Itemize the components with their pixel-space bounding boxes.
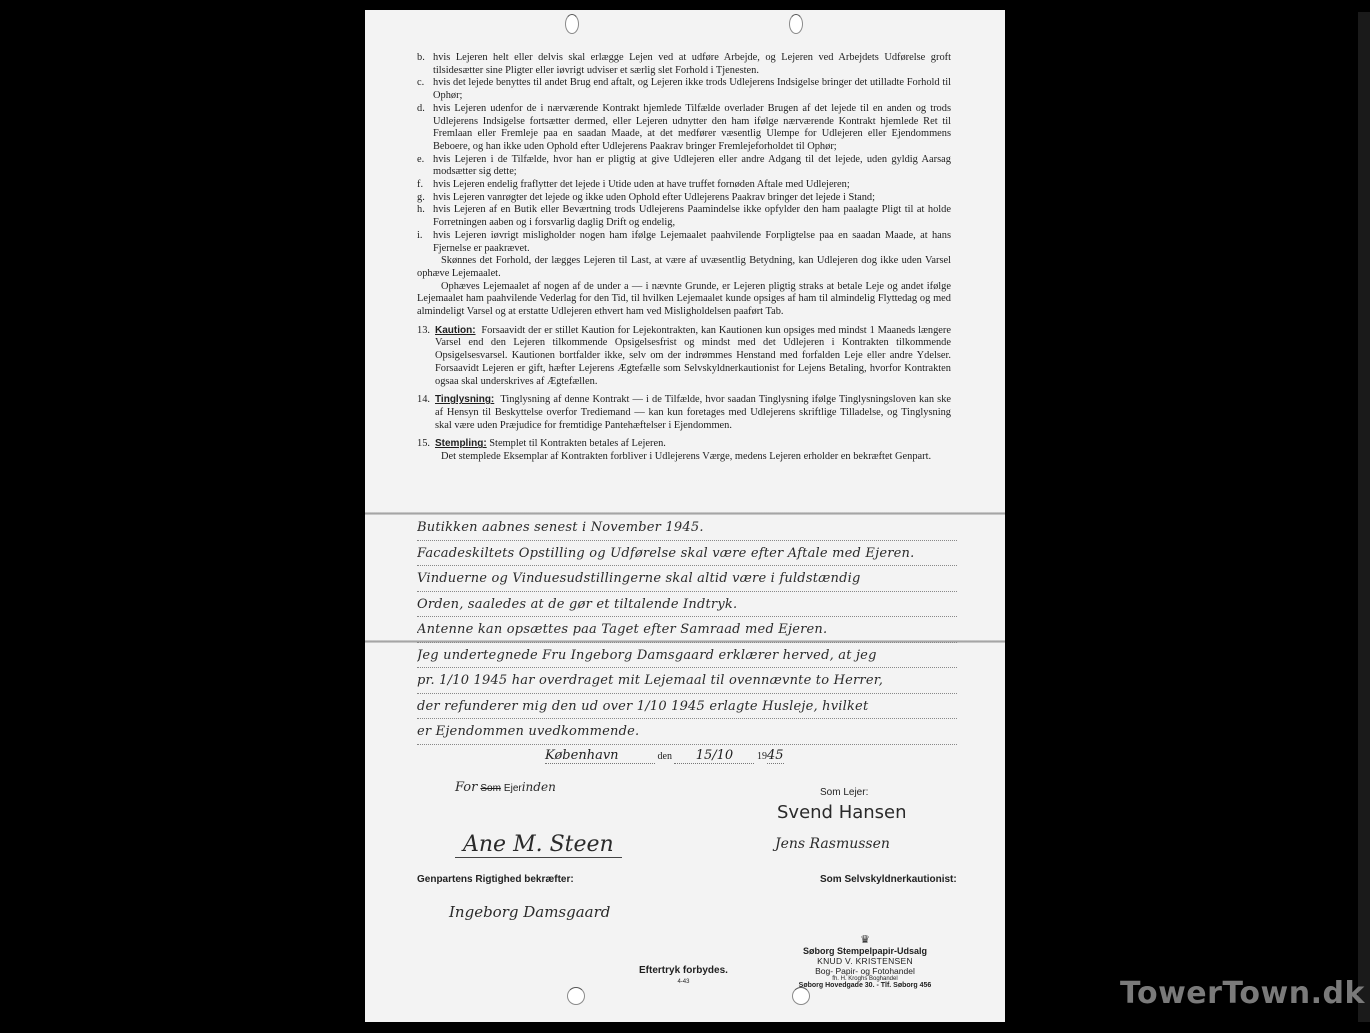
clause-g: g.hvis Lejeren vanrøgter det lejede og i… [417, 192, 951, 205]
handwritten-line: Vinduerne og Vinduesudstillingerne skal … [417, 566, 957, 592]
stamp-paper-seller: ♛ Søborg Stempelpapir-Udsalg KNUD V. KRI… [785, 935, 945, 989]
clause-d: d.hvis Lejeren udenfor de i nærværende K… [417, 103, 951, 154]
tenant-signature-2: Jens Rasmussen [775, 836, 890, 852]
form-code: 4-43 [639, 979, 728, 985]
handwritten-line: Orden, saaledes at de gør et tiltalende … [417, 592, 957, 618]
handwritten-line: er Ejendommen uvedkommende. [417, 719, 957, 745]
clause-i: i.hvis Lejeren iøvrigt misligholder noge… [417, 230, 951, 255]
handwritten-terms: Butikken aabnes senest i November 1945. … [417, 515, 957, 745]
document-page: b.hvis Lejeren helt eller delvis skal er… [365, 10, 1005, 1022]
printed-clauses: b.hvis Lejeren helt eller delvis skal er… [417, 52, 951, 464]
clause-e: e.hvis Lejeren i de Tilfælde, hvor han e… [417, 154, 951, 179]
tenant-signature-1: Svend Hansen [777, 802, 907, 823]
handwritten-line: pr. 1/10 1945 har overdraget mit Lejemaa… [417, 668, 957, 694]
date-year-suffix: 45 [767, 748, 784, 764]
paragraph-minor-breach: Skønnes det Forhold, der lægges Lejeren … [417, 255, 951, 280]
date-day: 15/10 [674, 748, 754, 764]
date-place: København [545, 748, 655, 764]
guarantor-label: Som Selvskyldnerkautionist: [820, 874, 957, 885]
clause-c: c.hvis det lejede benyttes til andet Bru… [417, 77, 951, 102]
clause-b: b.hvis Lejeren helt eller delvis skal er… [417, 52, 951, 77]
watermark: TowerTown.dk [1120, 976, 1365, 1011]
handwritten-line: Jeg undertegnede Fru Ingeborg Damsgaard … [417, 643, 957, 669]
handwritten-line: Antenne kan opsættes paa Taget efter Sam… [417, 617, 957, 643]
punch-hole [792, 987, 810, 1005]
section-15-stempling: 15. Stempling: Stemplet til Kontrakten b… [417, 438, 951, 463]
date-den-label: den [658, 751, 672, 762]
punch-hole [565, 14, 579, 34]
date-year-prefix: 19 [757, 751, 767, 762]
punch-hole [789, 14, 803, 34]
paragraph-termination: Ophæves Lejemaalet af nogen af de under … [417, 281, 951, 319]
handwritten-line: der refunderer mig den ud over 1/10 1945… [417, 694, 957, 720]
date-line: København den 15/10 1945 [545, 748, 845, 764]
crown-icon: ♛ [785, 935, 945, 946]
clause-f: f.hvis Lejeren endelig fraflytter det le… [417, 179, 951, 192]
clause-h: h.hvis Lejeren af en Butik eller Beværtn… [417, 204, 951, 229]
owner-signature: Ane M. Steen [455, 832, 622, 858]
copy-signature: Ingeborg Damsgaard [449, 903, 610, 921]
frame-edge [1358, 12, 1370, 1022]
section-14-tinglysning: 14. Tinglysning: Tinglysning af denne Ko… [417, 394, 951, 432]
section-13-kaution: 13. Kaution: Forsaavidt der er stillet K… [417, 325, 951, 389]
tenant-label: Som Lejer: [820, 787, 868, 798]
handwritten-line: Butikken aabnes senest i November 1945. [417, 515, 957, 541]
owner-label: For Som Ejerinden [455, 780, 556, 795]
reprint-notice: Eftertryk forbydes. 4-43 [639, 965, 728, 985]
punch-hole [567, 987, 585, 1005]
handwritten-line: Facadeskiltets Opstilling og Udførelse s… [417, 541, 957, 567]
copy-confirmation-label: Genpartens Rigtighed bekræfter: [417, 874, 574, 885]
